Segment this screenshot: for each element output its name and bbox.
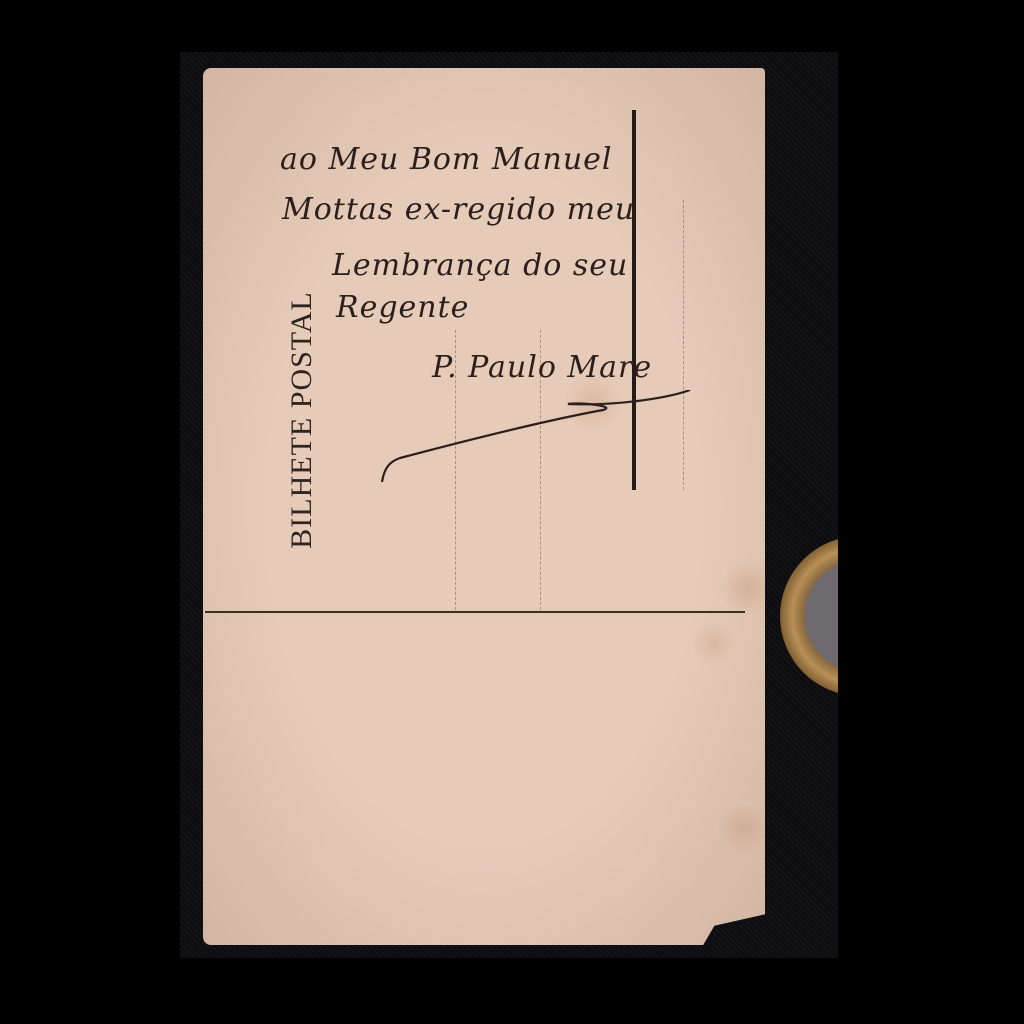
horizontal-divider-line	[205, 611, 745, 613]
handwriting-line-4: Regente	[336, 290, 469, 325]
coin	[780, 536, 940, 696]
handwriting-line-2: Mottas ex-regido meu	[282, 192, 635, 227]
handwritten-signature: P. Paulo Mare	[432, 350, 652, 385]
handwriting-line-3: Lembrança do seu	[332, 248, 628, 283]
signature-flourish	[378, 390, 698, 490]
printed-label-bilhete-postal: BILHETE POSTAL	[285, 291, 319, 548]
handwriting-line-1: ao Meu Bom Manuel	[280, 142, 613, 177]
